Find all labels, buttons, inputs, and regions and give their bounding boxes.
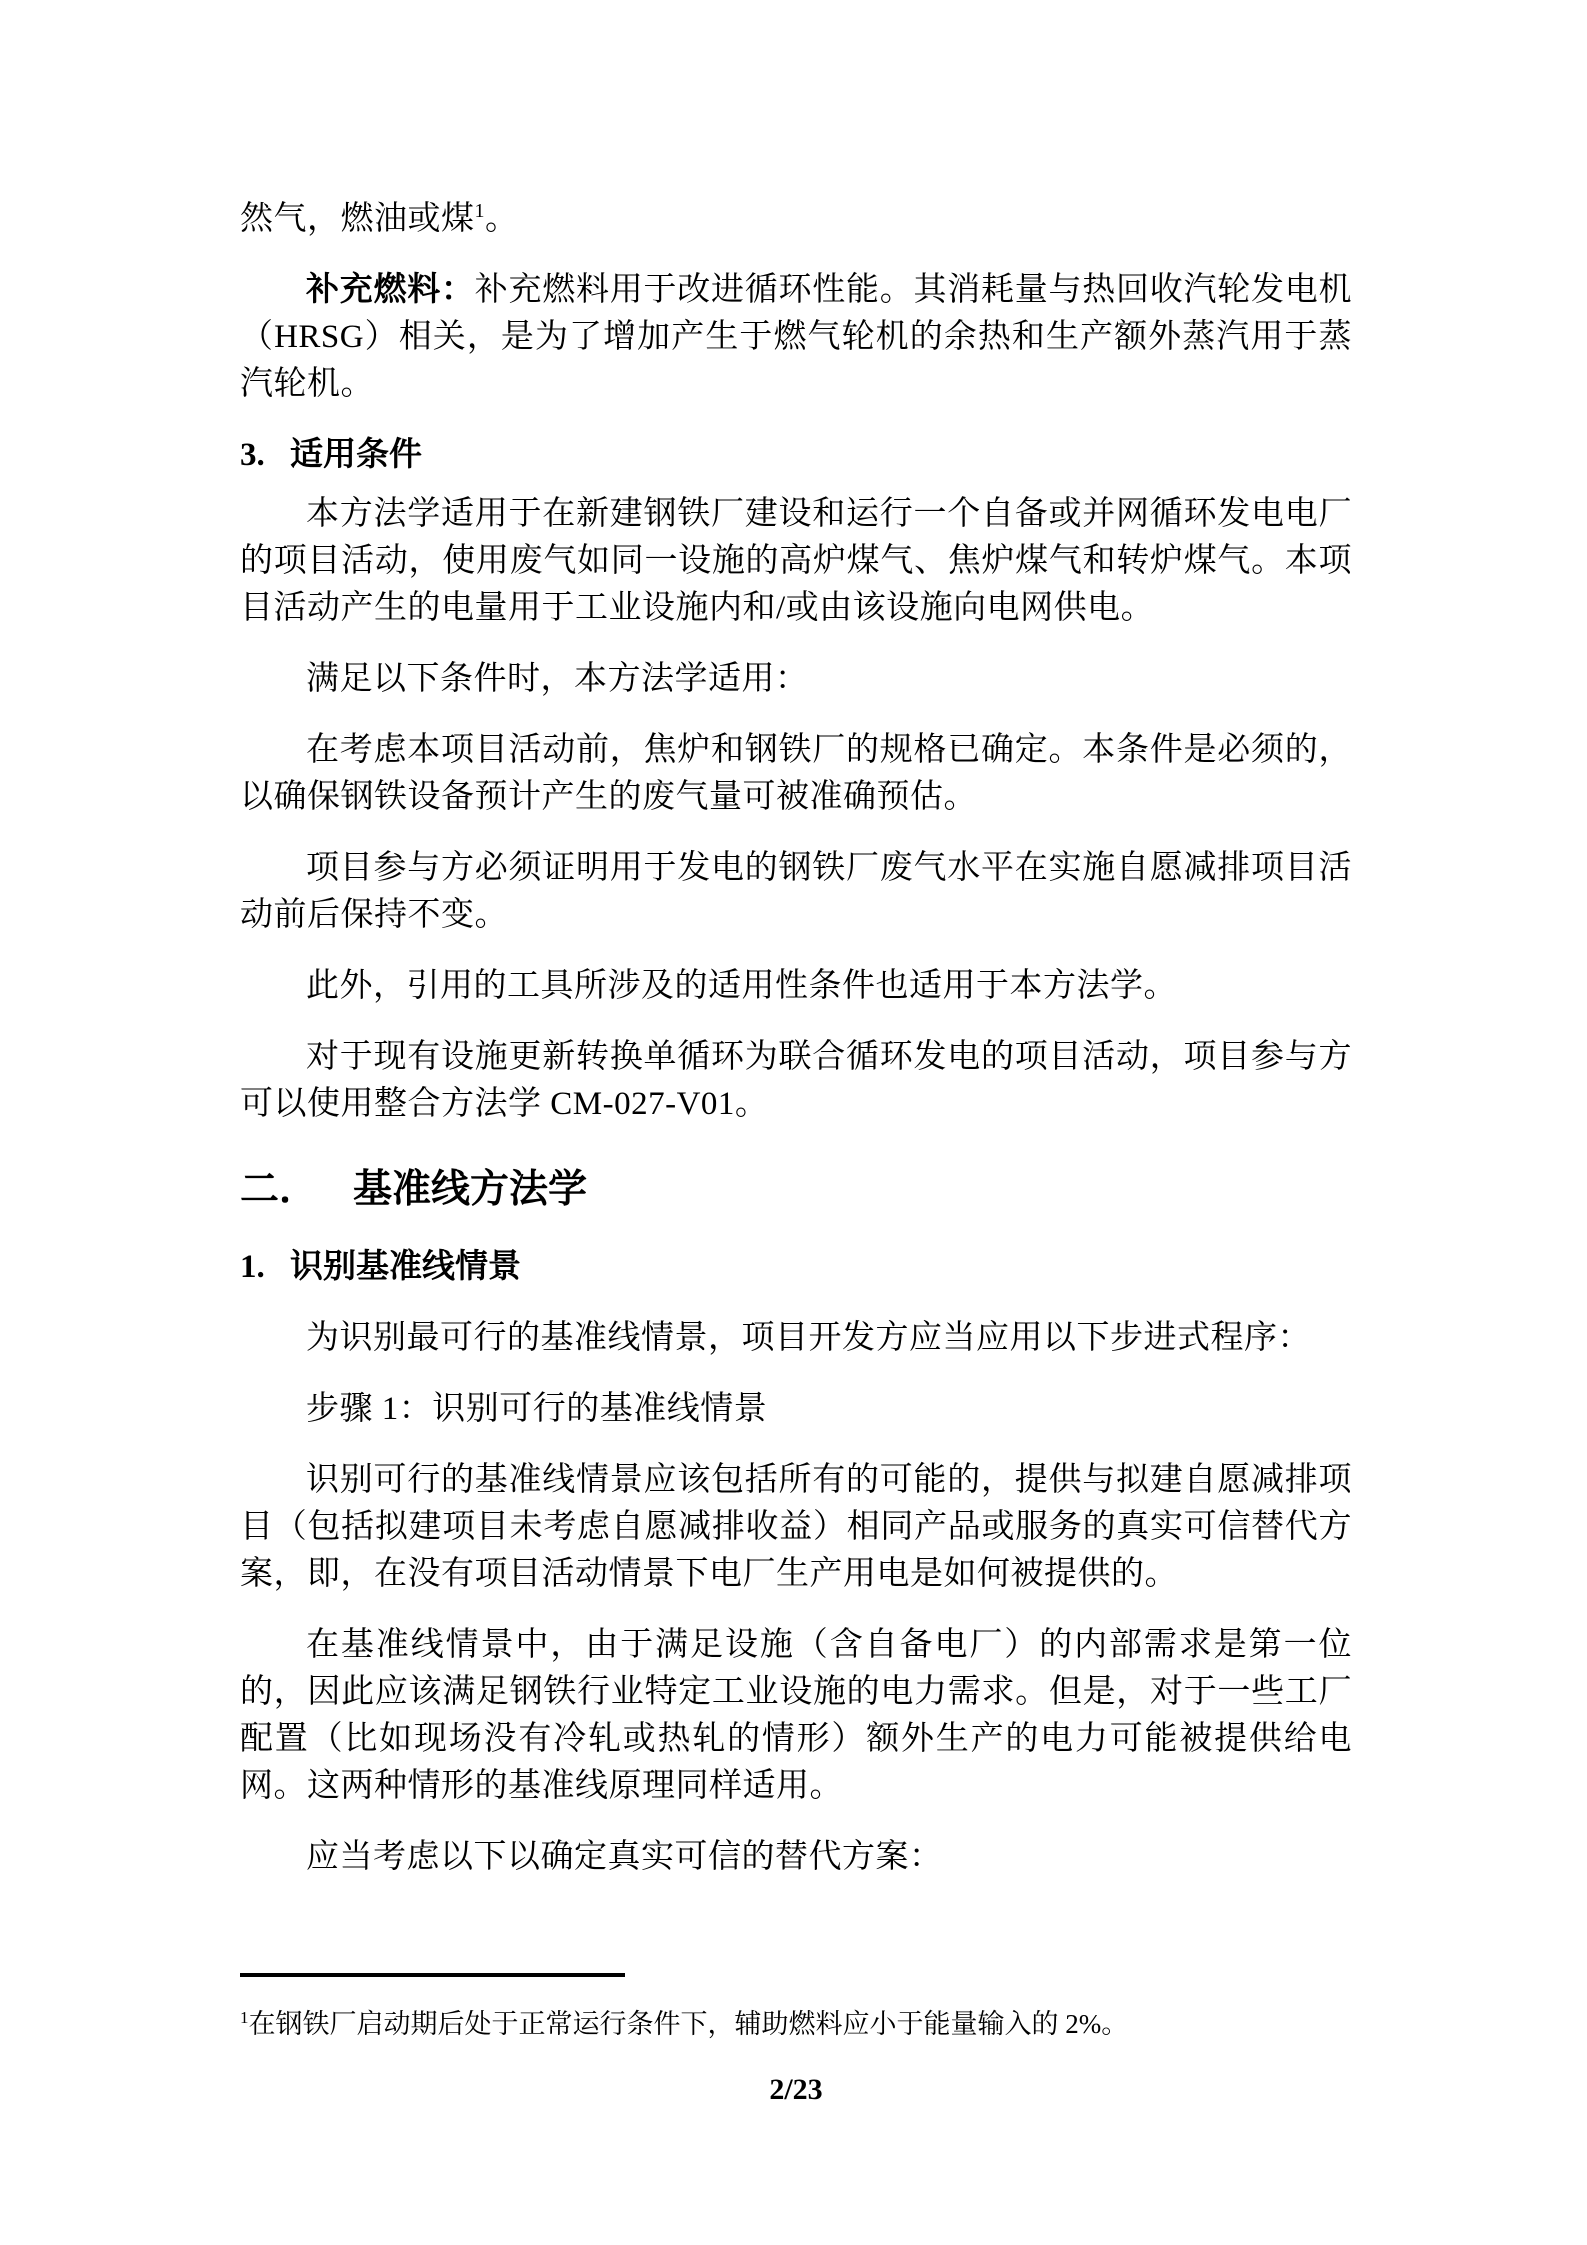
section-number: 3.: [240, 432, 290, 479]
paragraph-applicability-3: 在考虑本项目活动前，焦炉和钢铁厂的规格已确定。本条件是必须的，以确保钢铁设备预计…: [240, 727, 1352, 821]
page-number: 2/23: [240, 2070, 1352, 2110]
paragraph-applicability-2: 满足以下条件时，本方法学适用：: [240, 656, 1352, 703]
text-column: 然气，燃油或煤1。 补充燃料：补充燃料用于改进循环性能。其消耗量与热回收汽轮发电…: [240, 196, 1352, 1881]
paragraph-baseline-1: 为识别最可行的基准线情景，项目开发方应当应用以下步进式程序：: [240, 1315, 1352, 1362]
document-page: 然气，燃油或煤1。 补充燃料：补充燃料用于改进循环性能。其消耗量与热回收汽轮发电…: [0, 0, 1587, 2245]
paragraph-applicability-5: 此外，引用的工具所涉及的适用性条件也适用于本方法学。: [240, 963, 1352, 1010]
continued-paragraph-text: 然气，燃油或煤: [240, 201, 475, 237]
chapter-title: 基准线方法学: [353, 1162, 587, 1218]
continued-paragraph: 然气，燃油或煤1。: [240, 196, 1352, 243]
section-title: 适用条件: [290, 432, 422, 479]
paragraph-applicability-6: 对于现有设施更新转换单循环为联合循环发电的项目活动，项目参与方可以使用整合方法学…: [240, 1034, 1352, 1128]
footnote-marker: 1: [240, 2008, 249, 2027]
chapter-number: 二．: [240, 1162, 353, 1218]
paragraph-baseline-step1: 步骤 1：识别可行的基准线情景: [240, 1386, 1352, 1433]
paragraph-applicability-1: 本方法学适用于在新建钢铁厂建设和运行一个自备或并网循环发电电厂的项目活动，使用废…: [240, 491, 1352, 632]
definition-paragraph-supplementary-fuel: 补充燃料：补充燃料用于改进循环性能。其消耗量与热回收汽轮发电机（HRSG）相关，…: [240, 267, 1352, 408]
paragraph-applicability-4: 项目参与方必须证明用于发电的钢铁厂废气水平在实施自愿减排项目活动前后保持不变。: [240, 845, 1352, 939]
continued-paragraph-tail: 。: [485, 201, 519, 237]
chapter-heading-baseline-methodology: 二． 基准线方法学: [240, 1162, 1352, 1218]
definition-term: 补充燃料：: [306, 272, 475, 308]
section-title: 识别基准线情景: [290, 1244, 521, 1291]
paragraph-baseline-3: 识别可行的基准线情景应该包括所有的可能的，提供与拟建自愿减排项目（包括拟建项目未…: [240, 1457, 1352, 1598]
section-heading-identify-baseline: 1. 识别基准线情景: [240, 1244, 1352, 1291]
footnote-separator-line: [240, 1973, 625, 1977]
section-number: 1.: [240, 1244, 290, 1291]
section-heading-applicability: 3. 适用条件: [240, 432, 1352, 479]
footnote-reference-1: 1: [475, 200, 486, 222]
footnote-1: 1在钢铁厂启动期后处于正常运行条件下，辅助燃料应小于能量输入的 2%。: [240, 2005, 1352, 2043]
paragraph-baseline-4: 在基准线情景中，由于满足设施（含自备电厂）的内部需求是第一位的，因此应该满足钢铁…: [240, 1622, 1352, 1810]
paragraph-baseline-5: 应当考虑以下以确定真实可信的替代方案：: [240, 1834, 1352, 1881]
footnote-text: 在钢铁厂启动期后处于正常运行条件下，辅助燃料应小于能量输入的 2%。: [249, 2009, 1129, 2039]
footnote-area: 1在钢铁厂启动期后处于正常运行条件下，辅助燃料应小于能量输入的 2%。 2/23: [240, 1973, 1352, 2110]
